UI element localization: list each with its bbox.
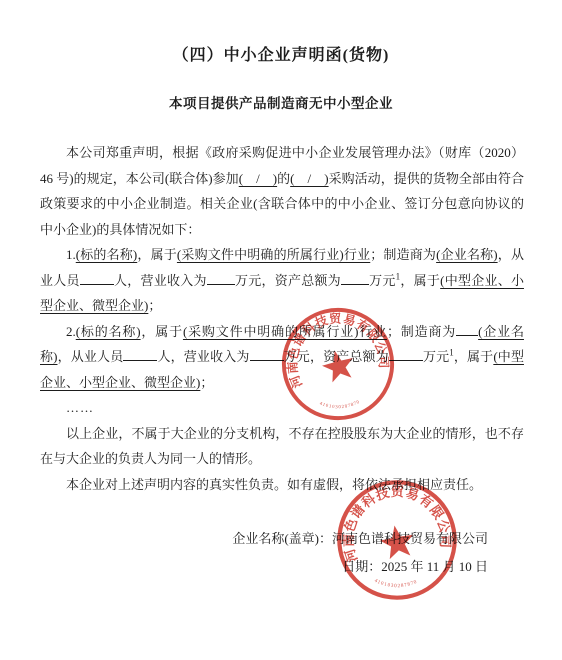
project-number-blank: ( / ) (290, 171, 328, 186)
item-1-number: 1. (66, 247, 76, 262)
declaration-paragraph: 本公司郑重声明，根据《政府采购促进中小企业发展管理办法》（财库（2020）46 … (40, 140, 524, 242)
responsibility-paragraph: 本企业对上述声明内容的真实性负责。如有虚假，将依法承担相应责任。 (40, 472, 524, 498)
date-value: 2025 年 11 月 10 日 (381, 559, 488, 574)
item-1-text: 万元 (369, 273, 396, 288)
item-1-manufacturer: (企业名称) (436, 247, 498, 262)
item-2-text: ； (200, 375, 213, 390)
item-1-industry: (采购文件中明确的所属行业)行业 (177, 247, 370, 262)
item-1-text: ，属于 (137, 247, 177, 262)
revenue-blank-line (250, 348, 284, 361)
item-2-text: ，从业人员 (57, 349, 123, 364)
ellipsis-line: …… (40, 395, 524, 421)
date-label: 日期： (342, 559, 381, 574)
company-name-value: 河南色谱科技贸易有限公司 (332, 531, 488, 546)
item-2-number: 2. (66, 324, 76, 339)
item-1-text: ； (148, 298, 161, 313)
item-1-text: ，属于 (400, 273, 440, 288)
item-2-subject: (标的名称) (76, 324, 141, 339)
item-1: 1.(标的名称)，属于(采购文件中明确的所属行业)行业；制造商为(企业名称)，从… (40, 242, 524, 319)
revenue-blank-line (207, 272, 235, 285)
item-1-subject: (标的名称) (76, 247, 138, 262)
declaration-text-2: 的 (277, 171, 290, 186)
assets-blank-line (389, 348, 423, 361)
declaration-document-page: （四）中小企业声明函(货物) 本项目提供产品制造商无中小型企业 本公司郑重声明，… (0, 0, 562, 660)
no-large-enterprise-paragraph: 以上企业，不属于大企业的分支机构，不存在控股股东为大企业的情形，也不存在与大企业… (40, 421, 524, 472)
item-2-text: 人，营业收入为 (157, 349, 249, 364)
item-2-text: ；制造商为 (387, 324, 456, 339)
employees-blank-line (123, 348, 157, 361)
document-title: （四）中小企业声明函(货物) (0, 0, 562, 65)
item-2-text: 万元，资产总额为 (284, 349, 389, 364)
item-1-text: 人，营业收入为 (114, 273, 207, 288)
assets-blank-line (341, 272, 369, 285)
manufacturer-blank-line (456, 323, 478, 336)
item-1-text: ；制造商为 (370, 247, 436, 262)
company-name-line: 企业名称(盖章)：河南色谱科技贸易有限公司 (40, 525, 488, 553)
employees-blank-line (80, 272, 114, 285)
item-2-industry: (采购文件中明确的所属行业)行业 (183, 324, 387, 339)
project-name-blank: ( / ) (239, 171, 277, 186)
date-line: 日期：2025 年 11 月 10 日 (40, 553, 488, 581)
item-2-text: 万元 (423, 349, 449, 364)
company-name-label: 企业名称(盖章)： (232, 531, 332, 546)
signature-block: 企业名称(盖章)：河南色谱科技贸易有限公司 日期：2025 年 11 月 10 … (40, 525, 524, 581)
item-2: 2.(标的名称)，属于(采购文件中明确的所属行业)行业；制造商为(企业名称)，从… (40, 319, 524, 396)
item-1-text: 万元，资产总额为 (235, 273, 341, 288)
item-2-text: ，属于 (454, 349, 494, 364)
document-body: 本公司郑重声明，根据《政府采购促进中小企业发展管理办法》（财库（2020）46 … (40, 140, 524, 581)
document-subtitle: 本项目提供产品制造商无中小型企业 (0, 92, 562, 112)
item-2-text: ，属于 (141, 324, 183, 339)
